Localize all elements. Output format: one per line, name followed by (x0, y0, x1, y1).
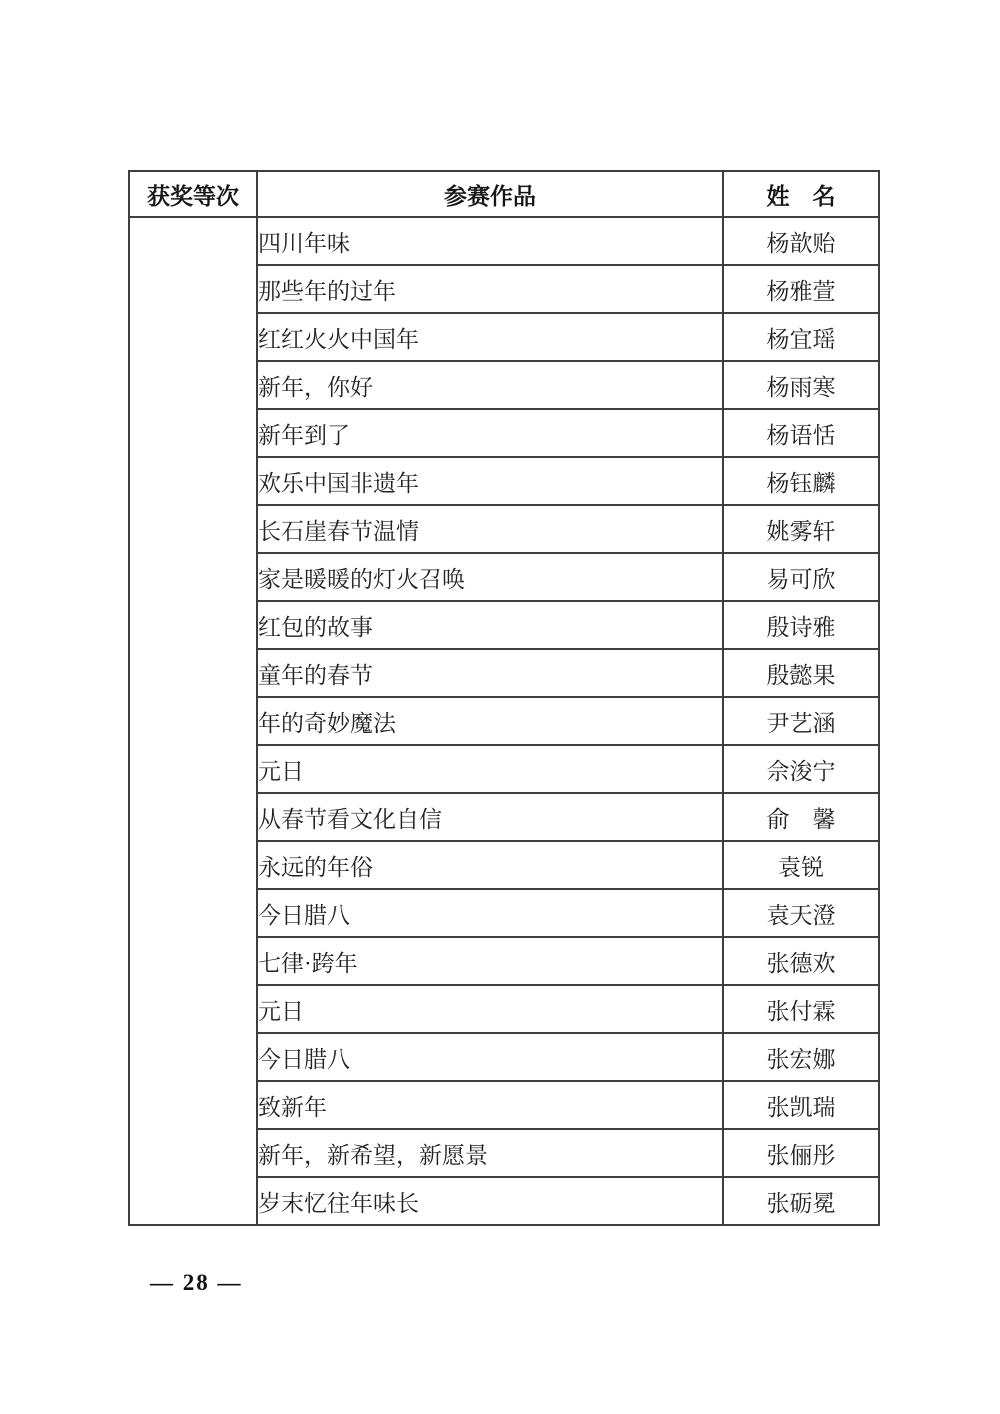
work-cell: 长石崖春节温情 (257, 505, 723, 553)
name-cell: 殷懿果 (723, 649, 879, 697)
work-cell: 童年的春节 (257, 649, 723, 697)
page-number: — 28 — (150, 1270, 243, 1296)
work-cell: 红红火火中国年 (257, 313, 723, 361)
name-cell: 杨雅萱 (723, 265, 879, 313)
work-cell: 致新年 (257, 1081, 723, 1129)
work-cell: 元日 (257, 985, 723, 1033)
name-cell: 杨语恬 (723, 409, 879, 457)
work-cell: 岁末忆往年味长 (257, 1177, 723, 1225)
name-cell: 杨钰麟 (723, 457, 879, 505)
header-entry-work: 参赛作品 (257, 171, 723, 217)
name-cell: 张付霖 (723, 985, 879, 1033)
work-cell: 从春节看文化自信 (257, 793, 723, 841)
work-cell: 永远的年俗 (257, 841, 723, 889)
name-cell: 张宏娜 (723, 1033, 879, 1081)
work-cell: 年的奇妙魔法 (257, 697, 723, 745)
work-cell: 那些年的过年 (257, 265, 723, 313)
name-cell: 易可欣 (723, 553, 879, 601)
name-cell: 杨歆贻 (723, 217, 879, 265)
name-cell: 袁锐 (723, 841, 879, 889)
header-award-level: 获奖等次 (129, 171, 257, 217)
work-cell: 四川年味 (257, 217, 723, 265)
work-cell: 七律·跨年 (257, 937, 723, 985)
work-cell: 今日腊八 (257, 1033, 723, 1081)
work-cell: 新年，新希望，新愿景 (257, 1129, 723, 1177)
work-cell: 家是暖暖的灯火召唤 (257, 553, 723, 601)
name-cell: 袁天澄 (723, 889, 879, 937)
name-cell: 尹艺涵 (723, 697, 879, 745)
awards-table: 获奖等次 参赛作品 姓 名 四川年味 杨歆贻 那些年的过年 杨雅萱 红红火火中国… (128, 170, 880, 1226)
name-cell: 张砺冕 (723, 1177, 879, 1225)
work-cell: 欢乐中国非遗年 (257, 457, 723, 505)
table-row: 四川年味 杨歆贻 (129, 217, 879, 265)
name-cell: 杨宜瑶 (723, 313, 879, 361)
work-cell: 今日腊八 (257, 889, 723, 937)
name-cell: 张俪彤 (723, 1129, 879, 1177)
name-cell: 张凯瑞 (723, 1081, 879, 1129)
name-cell: 张德欢 (723, 937, 879, 985)
award-level-cell (129, 217, 257, 1225)
name-cell: 姚雾轩 (723, 505, 879, 553)
work-cell: 红包的故事 (257, 601, 723, 649)
document-page: 获奖等次 参赛作品 姓 名 四川年味 杨歆贻 那些年的过年 杨雅萱 红红火火中国… (0, 0, 1000, 1414)
name-cell: 俞 馨 (723, 793, 879, 841)
header-name: 姓 名 (723, 171, 879, 217)
name-cell: 殷诗雅 (723, 601, 879, 649)
work-cell: 新年到了 (257, 409, 723, 457)
work-cell: 元日 (257, 745, 723, 793)
header-row: 获奖等次 参赛作品 姓 名 (129, 171, 879, 217)
name-cell: 佘浚宁 (723, 745, 879, 793)
name-cell: 杨雨寒 (723, 361, 879, 409)
work-cell: 新年，你好 (257, 361, 723, 409)
